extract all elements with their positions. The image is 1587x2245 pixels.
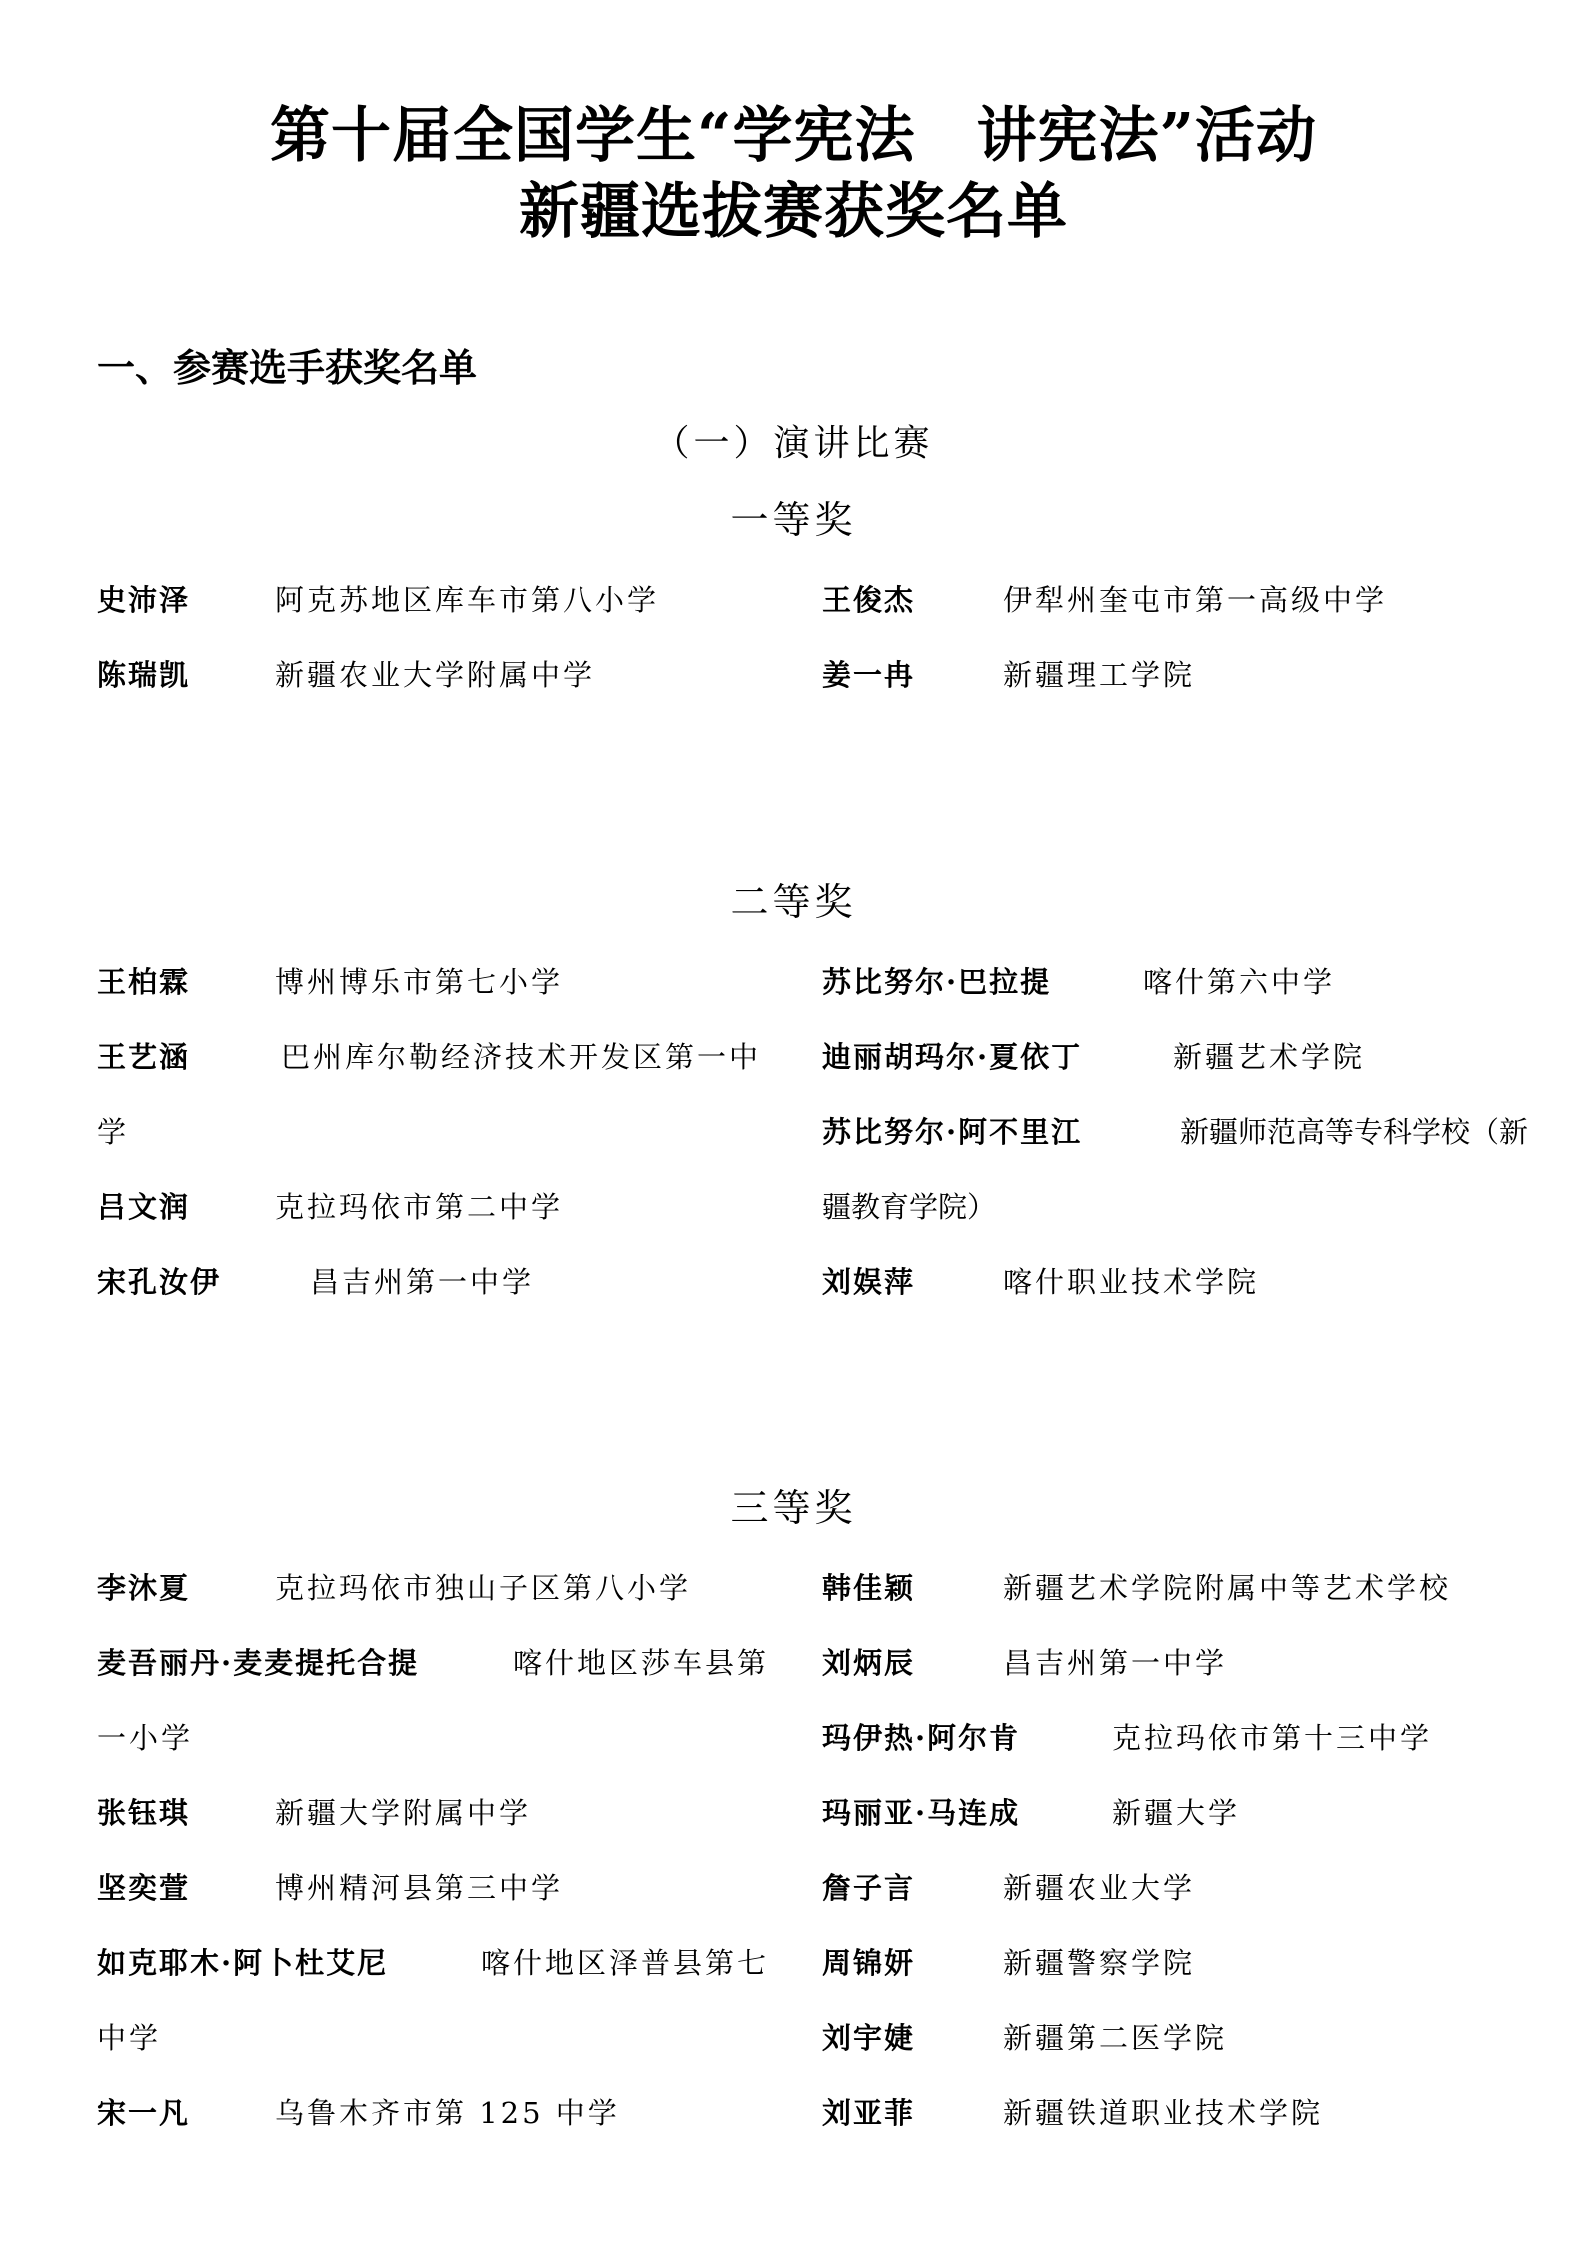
award-entry-school: 新疆农业大学	[1003, 1868, 1195, 1908]
award-entry-school: 昌吉州第一中学	[1003, 1643, 1227, 1683]
award-entry-school: 新疆理工学院	[1003, 655, 1195, 695]
winner-school: 喀什地区莎车县第	[513, 1646, 769, 1680]
document-title-line-2: 新疆选拔赛获奖名单	[0, 176, 1587, 248]
winner-school: 喀什职业技术学院	[1003, 1265, 1259, 1299]
award-entry-school: 阿克苏地区库车市第八小学	[275, 580, 659, 620]
winner-school: 博州博乐市第七小学	[275, 965, 563, 999]
winner-name: 王俊杰	[822, 583, 915, 617]
award-entry-school: 喀什第六中学	[1143, 962, 1335, 1002]
winner-school: 克拉玛依市第二中学	[275, 1190, 563, 1224]
award-entry: 王柏霖	[97, 962, 190, 1002]
award-entry: 玛丽亚·马连成	[822, 1793, 1020, 1833]
winner-school: 新疆大学	[1112, 1796, 1240, 1830]
winner-school-continued: 疆教育学院）	[822, 1187, 996, 1227]
winner-name: 李沐夏	[97, 1571, 190, 1605]
award-entry: 李沐夏	[97, 1568, 190, 1608]
winner-name: 苏比努尔·巴拉提	[822, 965, 1051, 999]
prize-heading-third: 三等奖	[0, 1483, 1587, 1533]
winner-school: 新疆大学附属中学	[275, 1796, 531, 1830]
award-entry-school: 巴州库尔勒经济技术开发区第一中	[281, 1037, 761, 1077]
award-entry: 如克耶木·阿卜杜艾尼	[97, 1943, 388, 1983]
award-entry: 玛伊热·阿尔肯	[822, 1718, 1020, 1758]
winner-name: 刘宇婕	[822, 2021, 915, 2055]
award-entry: 迪丽胡玛尔·夏依丁	[822, 1037, 1082, 1077]
winner-name: 王艺涵	[97, 1040, 190, 1074]
award-entry-school: 克拉玛依市第二中学	[275, 1187, 563, 1227]
winner-name: 吕文润	[97, 1190, 190, 1224]
winner-name: 姜一冉	[822, 658, 915, 692]
winner-name: 詹子言	[822, 1871, 915, 1905]
award-entry: 詹子言	[822, 1868, 915, 1908]
winner-school: 博州精河县第三中学	[275, 1871, 563, 1905]
award-entry-school: 新疆警察学院	[1003, 1943, 1195, 1983]
document-page: 第十届全国学生“学宪法 讲宪法”活动 新疆选拔赛获奖名单 一、参赛选手获奖名单 …	[0, 0, 1587, 2245]
award-entry: 刘亚菲	[822, 2093, 915, 2133]
winner-school: 喀什第六中学	[1143, 965, 1335, 999]
award-entry-school: 喀什职业技术学院	[1003, 1262, 1259, 1302]
award-entry: 周锦妍	[822, 1943, 915, 1983]
prize-heading-second: 二等奖	[0, 877, 1587, 927]
winner-school: 阿克苏地区库车市第八小学	[275, 583, 659, 617]
award-entry: 张钰琪	[97, 1793, 190, 1833]
winner-name: 迪丽胡玛尔·夏依丁	[822, 1040, 1082, 1074]
award-entry: 吕文润	[97, 1187, 190, 1227]
award-entry: 宋一凡	[97, 2093, 190, 2133]
award-entry: 坚奕萱	[97, 1868, 190, 1908]
award-entry-school: 克拉玛依市独山子区第八小学	[275, 1568, 691, 1608]
winner-school: 新疆第二医学院	[1003, 2021, 1227, 2055]
winner-name: 周锦妍	[822, 1946, 915, 1980]
winner-school-continued: 中学	[97, 2018, 161, 2058]
winner-name: 苏比努尔·阿不里江	[822, 1115, 1082, 1149]
award-entry-school: 乌鲁木齐市第 125 中学	[275, 2093, 620, 2133]
winner-name: 韩佳颖	[822, 1571, 915, 1605]
winner-school-continued: 学	[97, 1112, 129, 1152]
winner-school: 新疆农业大学	[1003, 1871, 1195, 1905]
award-entry-school: 伊犁州奎屯市第一高级中学	[1003, 580, 1387, 620]
winner-name: 坚奕萱	[97, 1871, 190, 1905]
winner-name: 玛丽亚·马连成	[822, 1796, 1020, 1830]
winner-name: 陈瑞凯	[97, 658, 190, 692]
award-entry: 宋孔汝伊	[97, 1262, 221, 1302]
winner-school: 昌吉州第一中学	[310, 1265, 534, 1299]
award-entry: 王艺涵	[97, 1037, 190, 1077]
winner-school: 克拉玛依市独山子区第八小学	[275, 1571, 691, 1605]
winner-school-continued: 一小学	[97, 1718, 193, 1758]
award-entry: 刘炳辰	[822, 1643, 915, 1683]
winner-school: 昌吉州第一中学	[1003, 1646, 1227, 1680]
award-entry: 韩佳颖	[822, 1568, 915, 1608]
award-entry-school: 博州精河县第三中学	[275, 1868, 563, 1908]
section-heading: 一、参赛选手获奖名单	[97, 344, 477, 392]
award-entry-school: 新疆师范高等专科学校（新	[1180, 1112, 1528, 1152]
award-entry-school: 新疆农业大学附属中学	[275, 655, 595, 695]
winner-school: 喀什地区泽普县第七	[481, 1946, 769, 1980]
award-entry-school: 新疆艺术学院	[1173, 1037, 1365, 1077]
winner-school: 新疆农业大学附属中学	[275, 658, 595, 692]
winner-name: 刘亚菲	[822, 2096, 915, 2130]
award-entry: 姜一冉	[822, 655, 915, 695]
winner-name: 宋孔汝伊	[97, 1265, 221, 1299]
award-entry: 刘娱萍	[822, 1262, 915, 1302]
award-entry-school: 喀什地区泽普县第七	[481, 1943, 769, 1983]
winner-school: 新疆艺术学院	[1173, 1040, 1365, 1074]
award-entry: 苏比努尔·巴拉提	[822, 962, 1051, 1002]
award-entry-school: 新疆铁道职业技术学院	[1003, 2093, 1323, 2133]
prize-heading-first: 一等奖	[0, 495, 1587, 545]
winner-school: 新疆师范高等专科学校（新	[1180, 1115, 1528, 1149]
winner-name: 宋一凡	[97, 2096, 190, 2130]
winner-school: 新疆警察学院	[1003, 1946, 1195, 1980]
winner-school: 新疆艺术学院附属中等艺术学校	[1003, 1571, 1451, 1605]
winner-name: 史沛泽	[97, 583, 190, 617]
winner-name: 麦吾丽丹·麦麦提托合提	[97, 1646, 419, 1680]
award-entry-school: 新疆艺术学院附属中等艺术学校	[1003, 1568, 1451, 1608]
award-entry: 陈瑞凯	[97, 655, 190, 695]
winner-school: 克拉玛依市第十三中学	[1112, 1721, 1432, 1755]
award-entry-school: 克拉玛依市第十三中学	[1112, 1718, 1432, 1758]
winner-name: 刘炳辰	[822, 1646, 915, 1680]
winner-school: 乌鲁木齐市第 125 中学	[275, 2096, 620, 2130]
subsection-heading: （一）演讲比赛	[0, 420, 1587, 468]
winner-school: 伊犁州奎屯市第一高级中学	[1003, 583, 1387, 617]
award-entry-school: 新疆大学	[1112, 1793, 1240, 1833]
winner-name: 王柏霖	[97, 965, 190, 999]
award-entry-school: 博州博乐市第七小学	[275, 962, 563, 1002]
winner-name: 张钰琪	[97, 1796, 190, 1830]
award-entry-school: 昌吉州第一中学	[310, 1262, 534, 1302]
winner-name: 玛伊热·阿尔肯	[822, 1721, 1020, 1755]
winner-school: 新疆理工学院	[1003, 658, 1195, 692]
winner-school: 新疆铁道职业技术学院	[1003, 2096, 1323, 2130]
award-entry: 史沛泽	[97, 580, 190, 620]
winner-school: 巴州库尔勒经济技术开发区第一中	[281, 1040, 761, 1074]
award-entry: 刘宇婕	[822, 2018, 915, 2058]
award-entry: 苏比努尔·阿不里江	[822, 1112, 1082, 1152]
winner-name: 刘娱萍	[822, 1265, 915, 1299]
award-entry: 王俊杰	[822, 580, 915, 620]
award-entry-school: 新疆第二医学院	[1003, 2018, 1227, 2058]
document-title-line-1: 第十届全国学生“学宪法 讲宪法”活动	[0, 100, 1587, 172]
winner-name: 如克耶木·阿卜杜艾尼	[97, 1946, 388, 1980]
award-entry: 麦吾丽丹·麦麦提托合提	[97, 1643, 419, 1683]
award-entry-school: 新疆大学附属中学	[275, 1793, 531, 1833]
award-entry-school: 喀什地区莎车县第	[513, 1643, 769, 1683]
